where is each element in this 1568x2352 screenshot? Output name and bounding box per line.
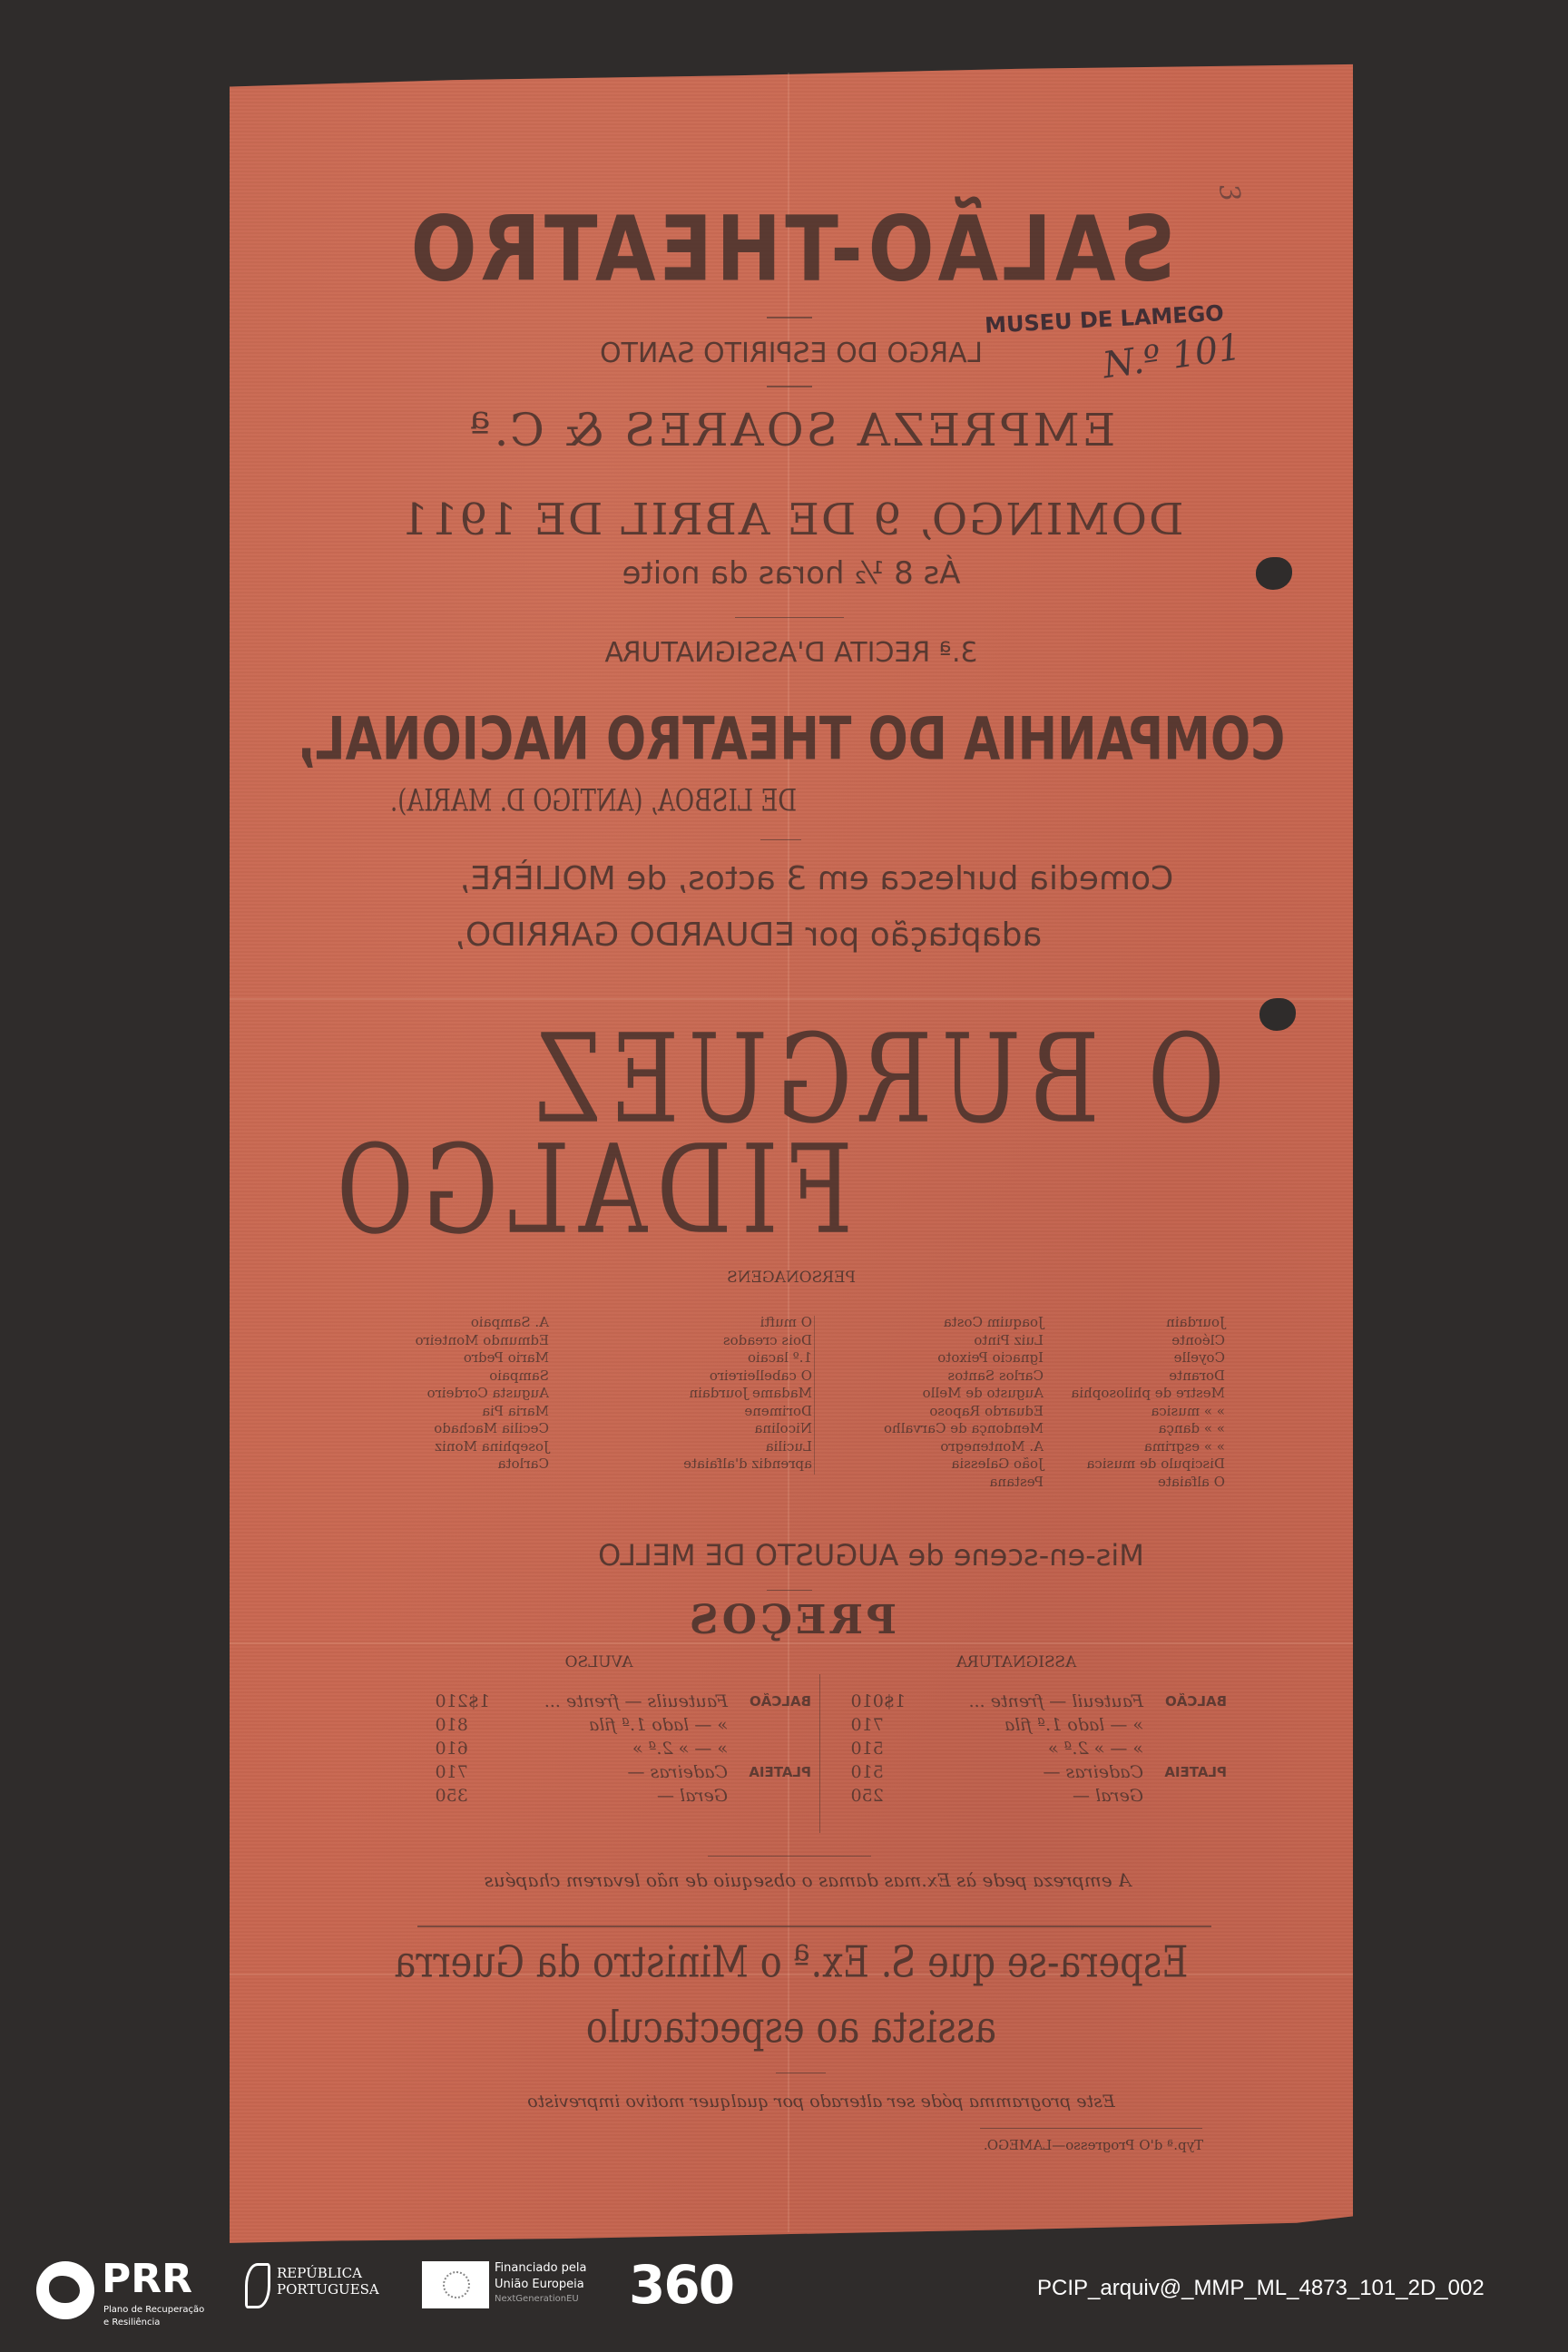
cast-entry: Discipulo de musica: [1016, 1455, 1225, 1474]
eu-line-1: Financiado pela: [495, 2261, 586, 2275]
minister-line-1: Espera-se que S. Ex.ª o Ministro da Guer…: [230, 1937, 1353, 1987]
cast-entry: Madame Jourdain: [662, 1385, 812, 1403]
genre-line: Comedia burlesca em 3 actos, de MOLIÈRE,: [363, 860, 1270, 897]
cast-entry: Josephina Moniz: [408, 1438, 549, 1456]
play-title-line2: FIDALGO: [363, 1118, 853, 1262]
prices-divider: [819, 1674, 820, 1833]
cast-entry: Maria Pia: [408, 1403, 549, 1421]
recita-line: 3.ª RECITA D'ASSIGNATURA: [230, 637, 1353, 669]
venue-title: SALÃO-THEATRO: [230, 198, 1353, 302]
cast-entry: Coyelle: [1016, 1349, 1225, 1367]
cast-entry: Dorante: [1016, 1367, 1225, 1386]
price-row: Geral —250: [846, 1784, 1232, 1808]
divider: [767, 317, 812, 318]
cast-entry: O mufti: [662, 1314, 812, 1332]
cast-entry: Carlota: [408, 1455, 549, 1474]
price-row: Geral —350: [430, 1784, 817, 1808]
minister-line-2: assista ao espectaculo: [230, 2003, 1353, 2053]
request-note: A empreza pede às Ex.mas damas o obsequi…: [445, 1869, 1171, 1891]
cast-divider: [814, 1316, 815, 1475]
cast-entry: O cabelleireiro: [662, 1367, 812, 1386]
cast-entry: Mestre de philosophia: [1016, 1385, 1225, 1403]
divider: [767, 386, 812, 387]
cast-entry: Mario Pedro: [408, 1349, 549, 1367]
cast-entry: » » esgrima: [1016, 1438, 1225, 1456]
cast-entry: O alfaiate: [1016, 1474, 1225, 1492]
price-row: » — lado 1.ª fila710: [846, 1713, 1232, 1737]
divider: [708, 1856, 871, 1857]
cast-entry: Dois creados: [662, 1332, 812, 1350]
cast-entry: Augusta Cordeiro: [408, 1385, 549, 1403]
prr-subtitle-1: Plano de Recuperação: [103, 2305, 204, 2315]
paper-fold-horizontal: [230, 998, 1353, 1000]
cast-entry: Lucilia: [662, 1438, 812, 1456]
eu-line-2: União Europeia: [495, 2278, 584, 2291]
cast-entry: Cecilia Machado: [408, 1420, 549, 1438]
republica-line-1: REPÚBLICA: [277, 2265, 362, 2281]
price-row: BALCÃOFauteuil — frente ...1$010: [846, 1690, 1232, 1713]
cast-entry: Nicolina: [662, 1420, 812, 1438]
troupe-subtitle: DE LISBOA, (ANTIGO D. MARIA).: [390, 784, 797, 819]
personagens-heading: PERSONAGENS: [230, 1269, 1353, 1287]
cast-entry: » » musica: [1016, 1403, 1225, 1421]
ornament-divider: [735, 617, 844, 618]
event-date: DOMINGO, 9 DE ABRIL DE 1911: [230, 495, 1353, 545]
prices-table-avulso: BALCÃOFauteuils — frente ...1$210» — lad…: [408, 1690, 817, 1808]
cast-roles-column-1: JourdainCléonteCoyelleDoranteMestre de p…: [1016, 1314, 1225, 1491]
program-note: Este programma póde ser alterado por qua…: [476, 2092, 1166, 2112]
cast-entry: Ignacio Peixoto: [844, 1349, 1044, 1367]
prices-avulso-label: AVULSO: [526, 1653, 671, 1671]
divider: [776, 2073, 826, 2073]
cast-entry: Jourdain: [1016, 1314, 1225, 1332]
prices-table-assignatura: BALCÃOFauteuil — frente ...1$010» — lado…: [824, 1690, 1232, 1808]
cast-entry: 1.º lacaio: [662, 1349, 812, 1367]
price-row: » — » 2.ª »510: [846, 1737, 1232, 1760]
adaptation-line: adaptação por EDUARDO GARRIDO,: [372, 916, 1125, 954]
prr-emblem-icon: [36, 2261, 94, 2319]
cast-entry: Luiz Pinto: [844, 1332, 1044, 1350]
file-identifier: PCIP_arquiv@_MMP_ML_4873_101_2D_002: [1037, 2276, 1485, 2301]
divider-long: [417, 1926, 1211, 1927]
printer-credit: Typ.ª d'O Progresso—LAMEGO.: [980, 2137, 1207, 2153]
cast-entry: A. Montenegro: [844, 1438, 1044, 1456]
price-row: BALCÃOFauteuils — frente ...1$210: [430, 1690, 817, 1713]
cast-entry: João Galessia: [844, 1455, 1044, 1474]
cast-entry: A. Sampaio: [408, 1314, 549, 1332]
cast-entry: » » dança: [1016, 1420, 1225, 1438]
logo-360: 360: [629, 2254, 733, 2316]
price-row: » — lado 1.ª fila810: [430, 1713, 817, 1737]
event-time: Ás 8 ½ horas da noite: [230, 555, 1353, 592]
cast-entry: Carlos Santos: [844, 1367, 1044, 1386]
eu-line-3: NextGenerationEU: [495, 2294, 579, 2304]
company-name: EMPREZA SOARES & C.ª: [230, 404, 1353, 456]
cast-entry: Mendonça de Carvalho: [844, 1420, 1044, 1438]
cast-actors-column-2: A. SampaioEdmundo MonteiroMario PedroSam…: [408, 1314, 549, 1474]
price-row: PLATEIACadeiras —510: [846, 1760, 1232, 1784]
cast-roles-column-2: O muftiDois creados1.º lacaioO cabelleir…: [662, 1314, 812, 1474]
price-row: » — » 2.ª »610: [430, 1737, 817, 1760]
cast-entry: Cléonte: [1016, 1332, 1225, 1350]
prices-heading: PREÇOS: [230, 1597, 1353, 1643]
cast-actors-column-1: Joaquim CostaLuiz PintoIgnacio PeixotoCa…: [844, 1314, 1044, 1491]
troupe-name: COMPANHIA DO THEATRO NACIONAL,: [230, 706, 1353, 774]
cast-entry: Edmundo Monteiro: [408, 1332, 549, 1350]
eu-flag-icon: [422, 2261, 489, 2308]
prr-logo: PRR: [102, 2256, 192, 2302]
republica-line-2: PORTUGUESA: [277, 2281, 379, 2298]
prr-subtitle-2: e Resiliência: [103, 2318, 160, 2327]
cast-entry: Dorimene: [662, 1403, 812, 1421]
divider: [767, 1590, 812, 1591]
price-row: PLATEIACadeiras —710: [430, 1760, 817, 1784]
divider: [760, 839, 801, 840]
republica-emblem-icon: [245, 2263, 270, 2308]
cast-entry: aprendiz d'alfaiate: [662, 1455, 812, 1474]
cast-entry: Pestana: [844, 1474, 1044, 1492]
cast-entry: Sampaio: [408, 1367, 549, 1386]
cast-entry: Augusto de Mello: [844, 1385, 1044, 1403]
prices-assignatura-label: ASSIGNATURA: [926, 1653, 1107, 1671]
cast-entry: Eduardo Raposo: [844, 1403, 1044, 1421]
printer-rule: [980, 2128, 1202, 2129]
cast-entry: Joaquim Costa: [844, 1314, 1044, 1332]
mise-en-scene: Mis-en-scene de AUGUSTO DE MELLO: [508, 1538, 1234, 1573]
